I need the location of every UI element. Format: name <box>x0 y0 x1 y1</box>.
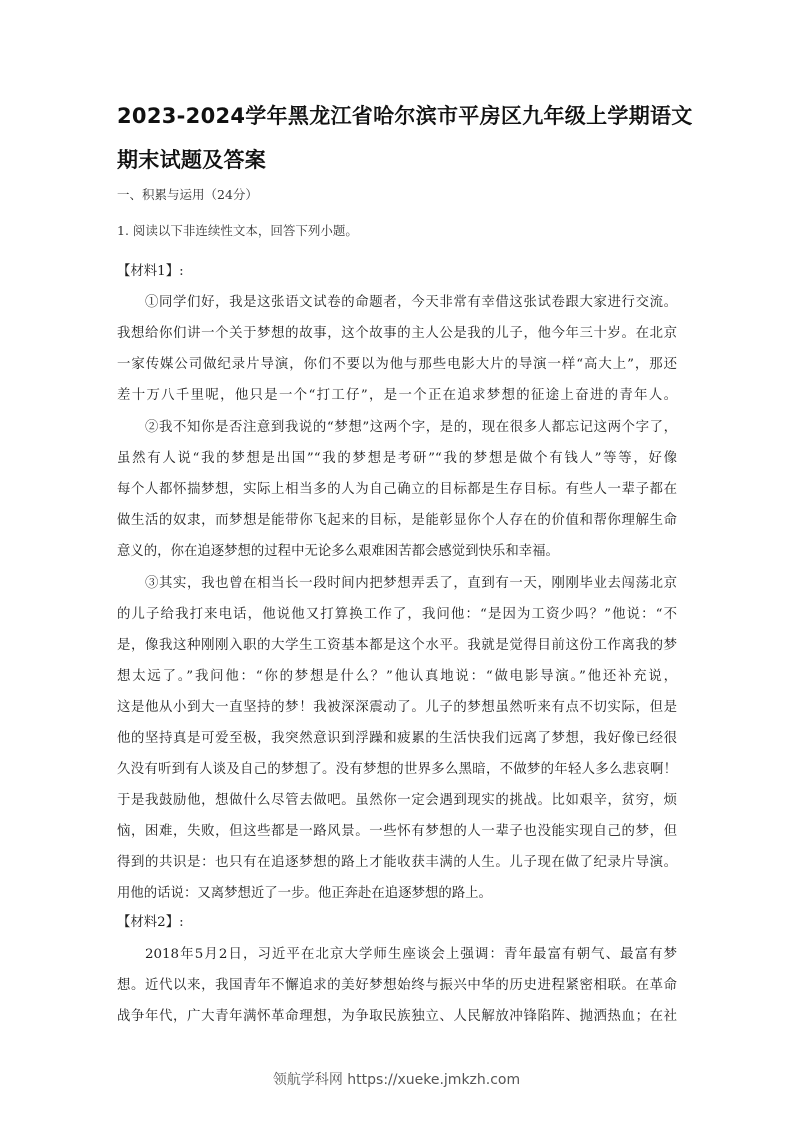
material-1-p3-line: 这是他从小到大一直坚持的梦！我被深深震动了。儿子的梦想虽然听来有点不切实际，但是 <box>117 698 677 718</box>
material-2-line: 想。近代以来，我国青年不懈追求的美好梦想始终与振兴中华的历史进程紧密相联。在革命 <box>117 976 677 996</box>
material-1-label: 【材料1】: <box>117 262 677 282</box>
material-1-p3-line: 是，像我这种刚刚入职的大学生工资基本都是这个水平。我就是觉得目前这份工作离我的梦 <box>117 636 677 656</box>
material-1-p1-line: ①同学们好，我是这张语文试卷的命题者，今天非常有幸借这张试卷跟大家进行交流。 <box>145 293 677 313</box>
material-1-p2-line: 每个人都怀揣梦想，实际上相当多的人为自己确立的目标都是生存目标。有些人一辈子都在 <box>117 480 677 500</box>
document-title-line-2: 期末试题及答案 <box>117 144 687 174</box>
material-1-p3-line: 的儿子给我打来电话，他说他又打算换工作了，我问他：“是因为工资少吗？”他说：“不 <box>117 605 677 625</box>
section-heading: 一、积累与运用（24分） <box>117 185 677 205</box>
question-1-prompt: 1. 阅读以下非连续性文本，回答下列小题。 <box>117 221 677 241</box>
footer-watermark: 领航学科网 https://xueke.jmkzh.com <box>0 1069 793 1089</box>
material-1-p3-line: 于是我鼓励他，想做什么尽管去做吧。虽然你一定会遇到现实的挑战。比如艰辛，贫穷，烦 <box>117 791 677 811</box>
material-1-p3-line: 想太远了。”我问他：“你的梦想是什么？”他认真地说：“做电影导演。”他还补充说， <box>117 667 677 687</box>
material-2-line: 2018年5月2日，习近平在北京大学师生座谈会上强调：青年最富有朝气、最富有梦 <box>145 945 677 965</box>
material-1-p2-line: ②我不知你是否注意到我说的“梦想”这两个字，是的，现在很多人都忘记这两个字了， <box>145 418 677 438</box>
material-1-p1-line: 一家传媒公司做纪录片导演，你们不要以为他与那些电影大片的导演一样“高大上”，那还 <box>117 355 677 375</box>
material-1-p3-line: 得到的共识是：也只有在追逐梦想的路上才能收获丰满的人生。儿子现在做了纪录片导演。 <box>117 853 677 873</box>
material-2-line: 战争年代，广大青年满怀革命理想，为争取民族独立、人民解放冲锋陷阵、抛洒热血；在社 <box>117 1007 677 1027</box>
material-1-p2-line: 虽然有人说“我的梦想是出国”“我的梦想是考研”“我的梦想是做个有钱人”等等，好像 <box>117 449 677 469</box>
material-1-p3-line: 恼，困难，失败，但这些都是一路风景。一些怀有梦想的人一辈子也没能实现自己的梦，但 <box>117 822 677 842</box>
material-1-p3-line: 久没有听到有人谈及自己的梦想了。没有梦想的世界多么黑暗，不做梦的年轻人多么悲哀啊… <box>117 760 677 780</box>
material-1-p3-line: ③其实，我也曾在相当长一段时间内把梦想弄丢了，直到有一天，刚刚毕业去闯荡北京 <box>145 574 677 594</box>
material-1-p2-line: 意义的，你在追逐梦想的过程中无论多么艰难困苦都会感觉到快乐和幸福。 <box>117 542 677 562</box>
material-1-p1-line: 差十万八千里呢，他只是一个“打工仔”，是一个正在追求梦想的征途上奋进的青年人。 <box>117 386 677 406</box>
material-1-p2-line: 做生活的奴隶，而梦想是能带你飞起来的目标，是能彰显你个人存在的价值和帮你理解生命 <box>117 511 677 531</box>
document-title-line-1: 2023-2024学年黑龙江省哈尔滨市平房区九年级上学期语文 <box>117 100 687 130</box>
material-1-p3-line: 他的坚持真是可爱至极，我突然意识到浮躁和疲累的生活快我们远离了梦想，我好像已经很 <box>117 729 677 749</box>
material-1-p1-line: 我想给你们讲一个关于梦想的故事，这个故事的主人公是我的儿子，他今年三十岁。在北京 <box>117 324 677 344</box>
material-2-label: 【材料2】: <box>117 913 677 933</box>
material-1-p3-line: 用他的话说：又离梦想近了一步。他正奔赴在追逐梦想的路上。 <box>117 884 677 904</box>
